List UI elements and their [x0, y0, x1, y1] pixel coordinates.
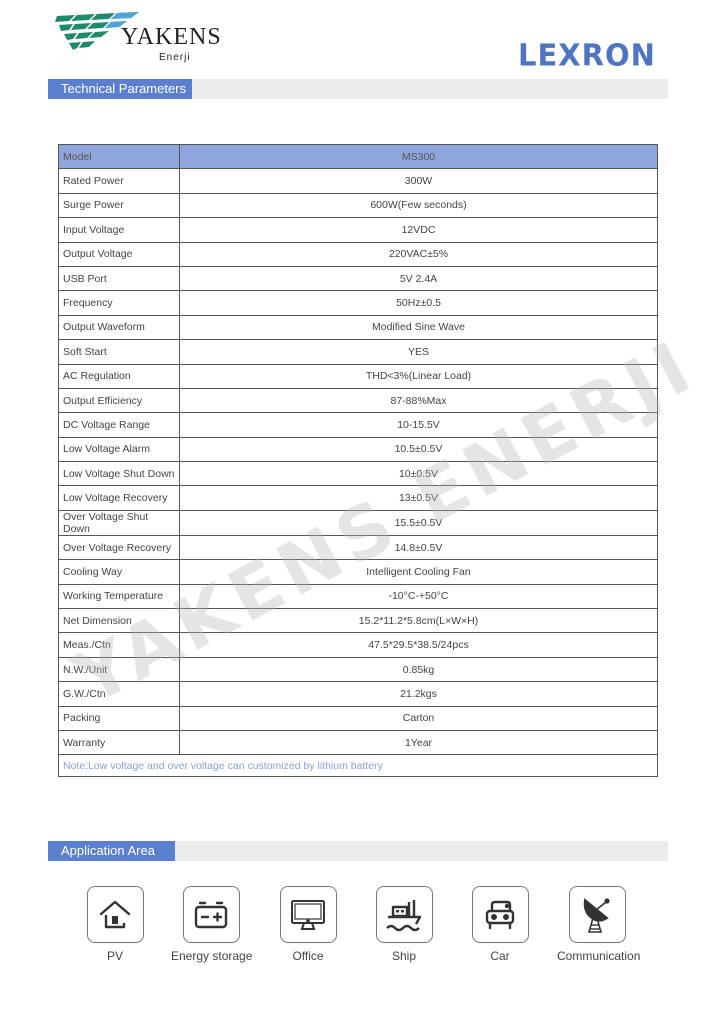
- table-row: Over Voltage Recovery14.8±0.5V: [59, 535, 658, 559]
- ship-icon: [385, 898, 423, 932]
- table-row: Low Voltage Shut Down10±0.5V: [59, 462, 658, 486]
- table-row: Working Temperature-10°C-+50°C: [59, 584, 658, 608]
- app-car: Car: [460, 886, 540, 963]
- brand-name: YAKENS: [121, 24, 222, 51]
- table-row: Low Voltage Alarm10.5±0.5V: [59, 437, 658, 461]
- app-label: Communication: [557, 949, 637, 963]
- param-value: 21.2kgs: [180, 682, 658, 706]
- app-label: Ship: [364, 949, 444, 963]
- table-row: Output Efficiency87-88%Max: [59, 388, 658, 412]
- param-value: Carton: [180, 706, 658, 730]
- table-row: G.W./Ctn21.2kgs: [59, 682, 658, 706]
- param-name: Low Voltage Shut Down: [59, 462, 180, 486]
- table-note: Note:Low voltage and over voltage can cu…: [59, 755, 658, 777]
- house-icon: [98, 899, 132, 931]
- table-row: Surge Power600W(Few seconds): [59, 193, 658, 217]
- table-note-row: Note:Low voltage and over voltage can cu…: [59, 755, 658, 777]
- param-value: 0.85kg: [180, 657, 658, 681]
- param-name: USB Port: [59, 266, 180, 290]
- app-office: Office: [268, 886, 348, 963]
- param-value: 87-88%Max: [180, 388, 658, 412]
- table-row: Over Voltage Shut Down15.5±0.5V: [59, 510, 658, 535]
- param-value: 15.5±0.5V: [180, 510, 658, 535]
- param-name: DC Voltage Range: [59, 413, 180, 437]
- param-value: 50Hz±0.5: [180, 291, 658, 315]
- table-row: N.W./Unit0.85kg: [59, 657, 658, 681]
- param-name: Net Dimension: [59, 609, 180, 633]
- param-value: 14.8±0.5V: [180, 535, 658, 559]
- param-value: Intelligent Cooling Fan: [180, 560, 658, 584]
- yakens-logo: YAKENS Enerji: [55, 12, 265, 67]
- lexron-logo: LEXRON: [518, 37, 656, 73]
- param-value: THD<3%(Linear Load): [180, 364, 658, 388]
- param-name: N.W./Unit: [59, 657, 180, 681]
- car-icon: [483, 898, 517, 932]
- param-value: 10±0.5V: [180, 462, 658, 486]
- app-label: Energy storage: [171, 949, 251, 963]
- table-header-row: Model MS300: [59, 145, 658, 169]
- table-row: USB Port5V 2.4A: [59, 266, 658, 290]
- param-value: 12VDC: [180, 218, 658, 242]
- param-name: G.W./Ctn: [59, 682, 180, 706]
- app-energy-storage: Energy storage: [171, 886, 251, 963]
- app-ship: Ship: [364, 886, 444, 963]
- param-name: Surge Power: [59, 193, 180, 217]
- table-row: AC RegulationTHD<3%(Linear Load): [59, 364, 658, 388]
- param-value: Modified Sine Wave: [180, 315, 658, 339]
- param-value: YES: [180, 340, 658, 364]
- param-name: Low Voltage Recovery: [59, 486, 180, 510]
- param-value: 220VAC±5%: [180, 242, 658, 266]
- param-value: 13±0.5V: [180, 486, 658, 510]
- param-name: Working Temperature: [59, 584, 180, 608]
- header-value: MS300: [180, 145, 658, 169]
- app-label: Office: [268, 949, 348, 963]
- param-name: Warranty: [59, 730, 180, 754]
- param-value: 5V 2.4A: [180, 266, 658, 290]
- application-area-header: Application Area: [48, 841, 668, 861]
- param-name: Over Voltage Recovery: [59, 535, 180, 559]
- param-name: Output Waveform: [59, 315, 180, 339]
- param-name: Over Voltage Shut Down: [59, 510, 180, 535]
- table-row: Meas./Ctn47.5*29.5*38.5/24pcs: [59, 633, 658, 657]
- param-value: 600W(Few seconds): [180, 193, 658, 217]
- param-name: Meas./Ctn: [59, 633, 180, 657]
- section-title: Technical Parameters: [48, 79, 192, 99]
- param-name: Soft Start: [59, 340, 180, 364]
- param-value: 300W: [180, 169, 658, 193]
- param-name: AC Regulation: [59, 364, 180, 388]
- technical-parameters-header: Technical Parameters: [48, 79, 668, 99]
- param-value: 10.5±0.5V: [180, 437, 658, 461]
- table-row: Output Voltage220VAC±5%: [59, 242, 658, 266]
- param-value: 10-15.5V: [180, 413, 658, 437]
- param-value: 1Year: [180, 730, 658, 754]
- brand-subtitle: Enerji: [159, 52, 191, 63]
- param-value: 47.5*29.5*38.5/24pcs: [180, 633, 658, 657]
- table-row: Frequency50Hz±0.5: [59, 291, 658, 315]
- param-name: Output Efficiency: [59, 388, 180, 412]
- param-name: Packing: [59, 706, 180, 730]
- param-value: -10°C-+50°C: [180, 584, 658, 608]
- table-row: Soft StartYES: [59, 340, 658, 364]
- app-label: Car: [460, 949, 540, 963]
- param-value: 15.2*11.2*5.8cm(L×W×H): [180, 609, 658, 633]
- table-row: DC Voltage Range10-15.5V: [59, 413, 658, 437]
- param-name: Cooling Way: [59, 560, 180, 584]
- app-communication: Communication: [557, 886, 637, 963]
- spec-table: Model MS300 Rated Power300WSurge Power60…: [58, 144, 658, 777]
- section-title: Application Area: [48, 841, 175, 861]
- battery-icon: [193, 900, 229, 930]
- table-row: Rated Power300W: [59, 169, 658, 193]
- satellite-dish-icon: [580, 896, 614, 934]
- table-row: Net Dimension15.2*11.2*5.8cm(L×W×H): [59, 609, 658, 633]
- app-label: PV: [75, 949, 155, 963]
- table-row: Output WaveformModified Sine Wave: [59, 315, 658, 339]
- param-name: Frequency: [59, 291, 180, 315]
- param-name: Input Voltage: [59, 218, 180, 242]
- monitor-icon: [290, 899, 326, 931]
- table-row: Cooling WayIntelligent Cooling Fan: [59, 560, 658, 584]
- app-pv: PV: [75, 886, 155, 963]
- param-name: Rated Power: [59, 169, 180, 193]
- param-name: Output Voltage: [59, 242, 180, 266]
- table-row: Warranty1Year: [59, 730, 658, 754]
- table-row: Low Voltage Recovery13±0.5V: [59, 486, 658, 510]
- param-name: Low Voltage Alarm: [59, 437, 180, 461]
- header-key: Model: [59, 145, 180, 169]
- table-row: Input Voltage12VDC: [59, 218, 658, 242]
- table-row: PackingCarton: [59, 706, 658, 730]
